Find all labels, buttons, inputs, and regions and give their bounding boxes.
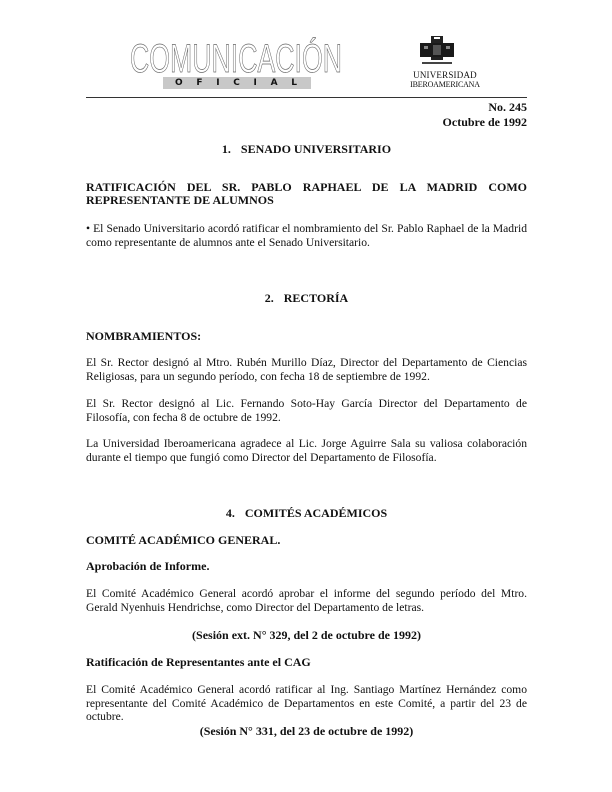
university-crest-icon	[418, 36, 456, 66]
heading-comite-general: COMITÉ ACADÉMICO GENERAL.	[86, 534, 527, 547]
university-name-line2: IBEROAMERICANA	[400, 80, 490, 90]
section-number: 4.	[226, 506, 235, 520]
section-title-comites: 4.COMITÉS ACADÉMICOS	[86, 506, 527, 521]
section-title-senado: 1.SENADO UNIVERSITARIO	[86, 142, 527, 157]
university-name-line1: UNIVERSIDAD	[400, 70, 490, 80]
oficial-letter: A	[271, 78, 278, 88]
section-title-text: RECTORÍA	[284, 291, 348, 305]
paragraph-nombramiento-1: El Sr. Rector designó al Mtro. Rubén Mur…	[86, 356, 527, 383]
comunicacion-wordmark-icon: COMUNICACIÓN	[128, 36, 346, 78]
subheading-aprobacion: Aprobación de Informe.	[86, 560, 527, 573]
section-title-rectoria: 2.RECTORÍA	[86, 291, 527, 306]
session-reference-329: (Sesión ext. N° 329, del 2 de octubre de…	[86, 628, 527, 643]
oficial-letter: L	[291, 78, 297, 88]
university-name: UNIVERSIDAD IBEROAMERICANA	[400, 70, 490, 90]
oficial-letter: I	[216, 78, 219, 88]
section-number: 2.	[265, 291, 274, 305]
subheading-ratificacion-representantes: Ratificación de Representantes ante el C…	[86, 656, 527, 669]
paragraph-senado: • El Senado Universitario acordó ratific…	[86, 222, 527, 249]
paragraph-nombramiento-2: El Sr. Rector designó al Lic. Fernando S…	[86, 397, 527, 424]
section-title-text: COMITÉS ACADÉMICOS	[245, 506, 387, 520]
comunicacion-logo: COMUNICACIÓN	[128, 36, 346, 78]
oficial-letter: F	[196, 78, 202, 88]
paragraph-agradecimiento: La Universidad Iberoamericana agradece a…	[86, 437, 527, 464]
heading-ratificacion: RATIFICACIÓN DEL SR. PABLO RAPHAEL DE LA…	[86, 181, 527, 207]
session-reference-331: (Sesión N° 331, del 23 de octubre de 199…	[86, 724, 527, 739]
oficial-banner: O F I C I A L	[163, 77, 311, 89]
svg-text:COMUNICACIÓN: COMUNICACIÓN	[130, 36, 342, 78]
oficial-letter: I	[254, 78, 257, 88]
issue-info: No. 245 Octubre de 1992	[443, 100, 527, 130]
oficial-letter: C	[233, 78, 240, 88]
section-title-text: SENADO UNIVERSITARIO	[241, 142, 391, 156]
paragraph-ratificacion-representante: El Comité Académico General acordó ratif…	[86, 683, 527, 724]
section-number: 1.	[222, 142, 231, 156]
issue-date: Octubre de 1992	[443, 115, 527, 130]
oficial-letter: O	[175, 78, 183, 88]
header-divider	[86, 97, 527, 98]
heading-nombramientos: NOMBRAMIENTOS:	[86, 330, 527, 343]
issue-number: No. 245	[443, 100, 527, 115]
paragraph-aprobacion: El Comité Académico General acordó aprob…	[86, 587, 527, 614]
